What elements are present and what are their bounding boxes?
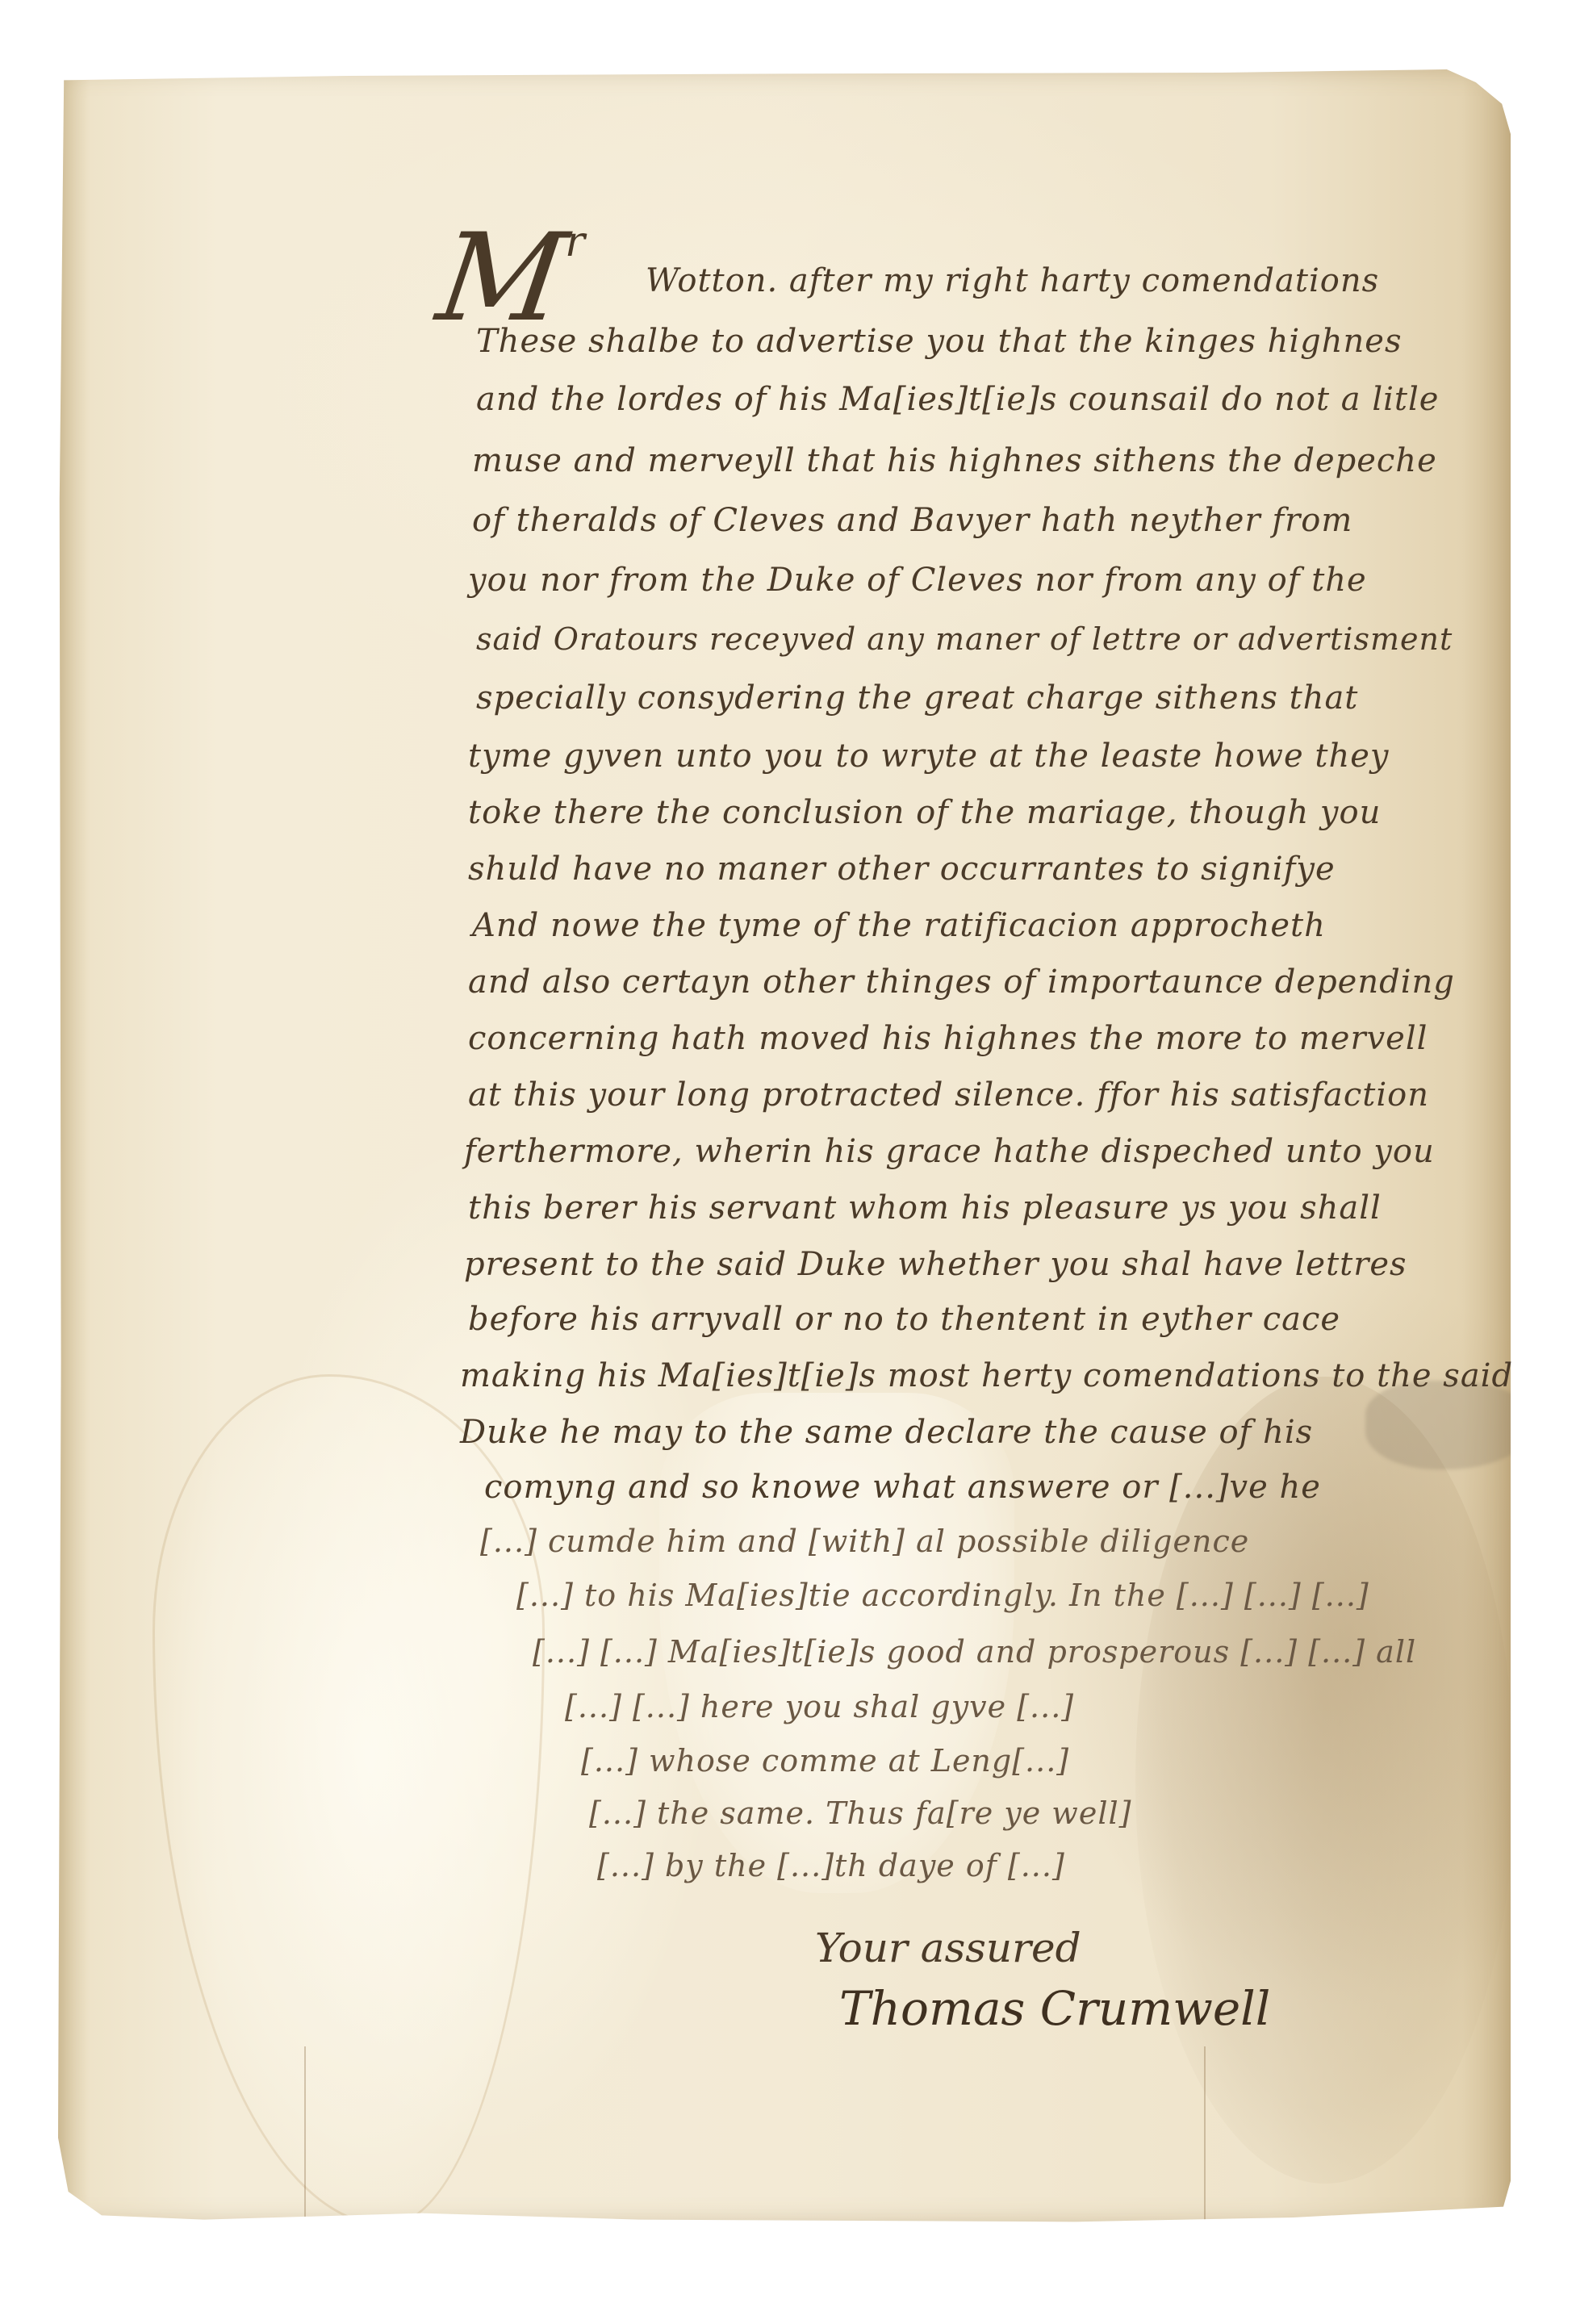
letter-line: this berer his servant whom his pleasure… — [468, 1189, 1382, 1227]
letter-line: [...] to his Ma[ies]tie accordingly. In … — [516, 1578, 1369, 1613]
letter-closing: Your assured — [815, 1925, 1081, 1971]
letter-line: Wotton. after my right harty comendation… — [646, 262, 1379, 299]
signature: Thomas Crumwell — [839, 1981, 1270, 2036]
letter-line: before his arryvall or no to thentent in… — [468, 1301, 1340, 1338]
letter-line: [...] [...] Ma[ies]t[ie]s good and prosp… — [533, 1634, 1416, 1670]
letter-line: present to the said Duke whether you sha… — [464, 1246, 1407, 1283]
letter-line: at this your long protracted silence. ff… — [468, 1076, 1429, 1114]
letter-line: and the lordes of his Ma[ies]t[ie]s coun… — [476, 381, 1439, 418]
letter-line: you nor from the Duke of Cleves nor from… — [468, 562, 1367, 599]
letter-line: tyme gyven unto you to wryte at the leas… — [468, 738, 1390, 775]
letter-line: ferthermore, wherin his grace hathe disp… — [464, 1133, 1435, 1170]
letter-line: [...] by the [...]th daye of [...] — [597, 1848, 1065, 1883]
letter-line: These shalbe to advertise you that the k… — [476, 323, 1403, 360]
salutation-initial: M — [431, 218, 572, 339]
letter-line: [...] whose comme at Leng[...] — [581, 1743, 1069, 1779]
salutation-superscript: r — [565, 218, 585, 266]
letter-line: specially consydering the great charge s… — [476, 679, 1358, 717]
letter-line: And nowe the tyme of the ratificacion ap… — [472, 907, 1326, 944]
letter-line: and also certayn other thinges of import… — [468, 963, 1455, 1001]
letter-line: toke there the conclusion of the mariage… — [468, 794, 1381, 831]
letter-line: [...] the same. Thus fa[re ye well] — [589, 1795, 1131, 1831]
letter-line: concerning hath moved his highnes the mo… — [468, 1020, 1428, 1057]
letter-line: muse and merveyll that his highnes sithe… — [472, 442, 1437, 479]
letter-line: [...] [...] here you shal gyve [...] — [565, 1689, 1074, 1724]
letter-line: making his Ma[ies]t[ie]s most herty come… — [460, 1357, 1513, 1394]
letter-line: [...] cumde him and [with] al possible d… — [480, 1524, 1249, 1559]
letter-line: comyng and so knowe what answere or [...… — [484, 1469, 1321, 1506]
letter-line: shuld have no maner other occurrantes to… — [468, 851, 1336, 888]
letter-text: M r Wotton. after my right harty comenda… — [0, 0, 1576, 2324]
letter-line: Duke he may to the same declare the caus… — [460, 1414, 1313, 1451]
letter-line: of theralds of Cleves and Bavyer hath ne… — [472, 502, 1352, 539]
letter-line: said Oratours receyved any maner of lett… — [476, 621, 1453, 657]
